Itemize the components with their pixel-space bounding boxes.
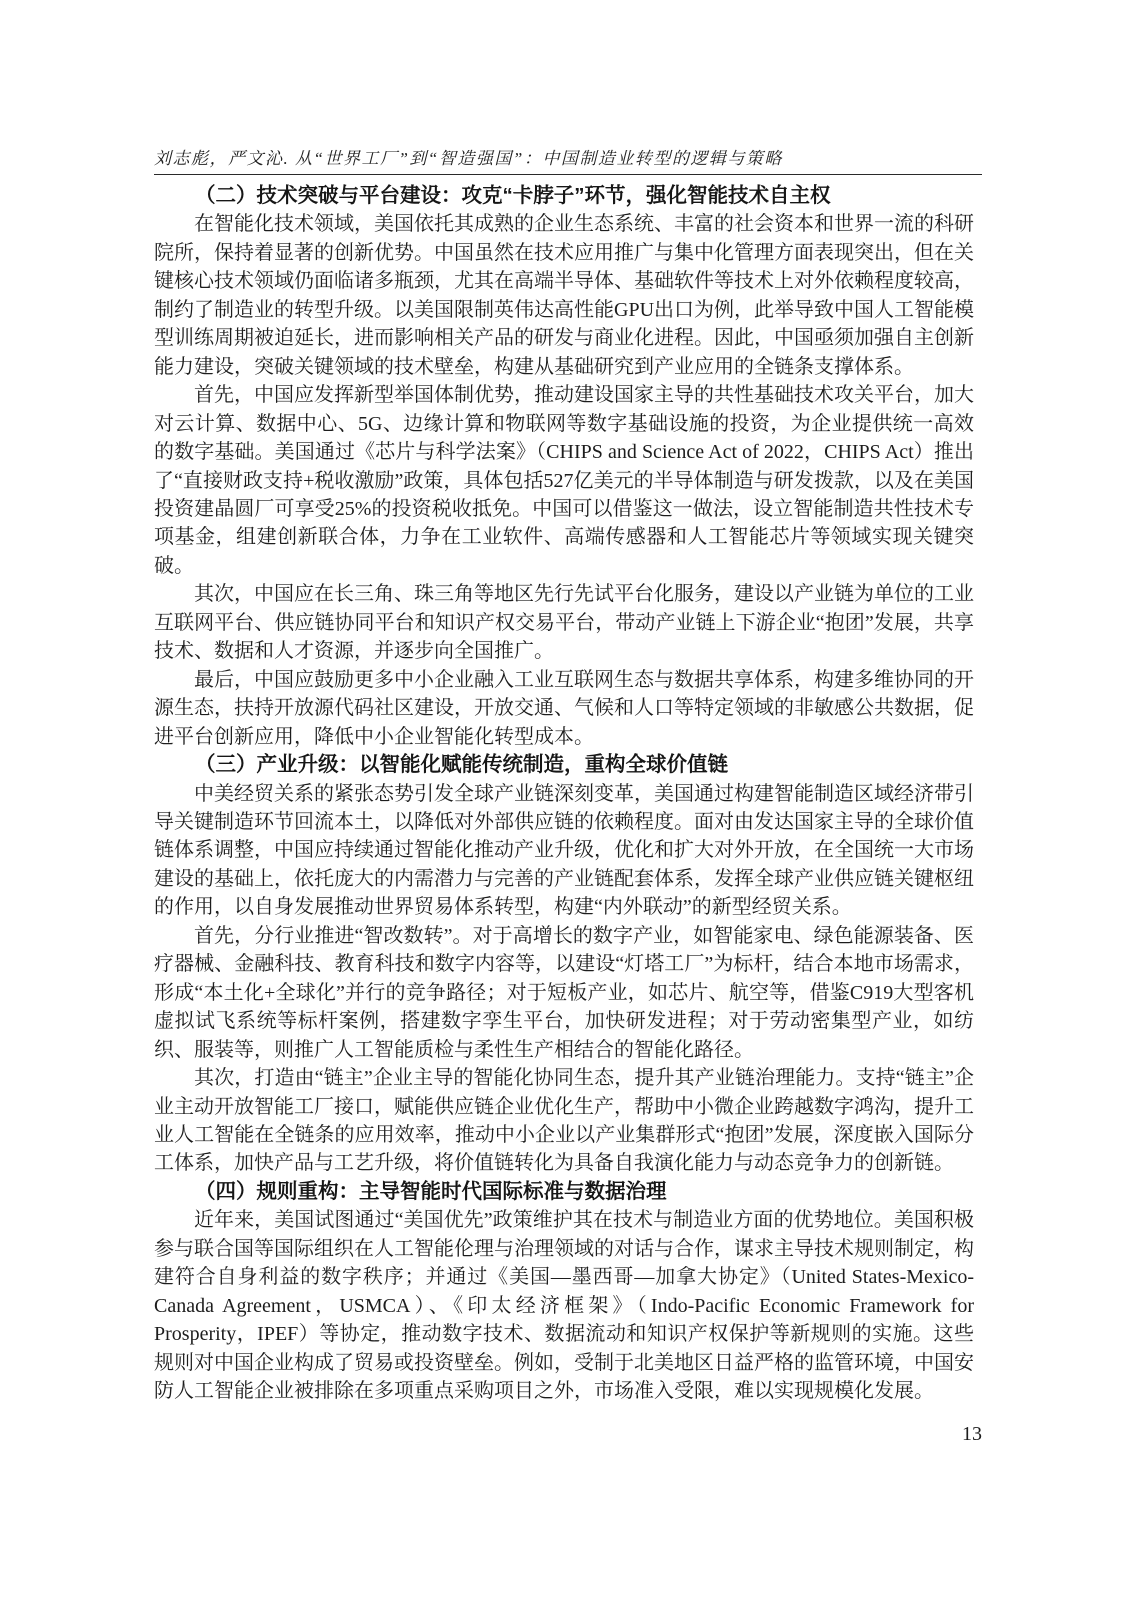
section-technology-breakthrough: （二）技术突破与平台建设：攻克“卡脖子”环节，强化智能技术自主权 在智能化技术领… [154, 182, 974, 751]
paragraph: 首先，分行业推进“智改数转”。对于高增长的数字产业，如智能家电、绿色能源装备、医… [154, 922, 974, 1064]
paragraph: 其次，打造由“链主”企业主导的智能化协同生态，提升其产业链治理能力。支持“链主”… [154, 1064, 974, 1178]
section-rule-restructuring: （四）规则重构：主导智能时代国际标准与数据治理 近年来，美国试图通过“美国优先”… [154, 1178, 974, 1406]
document-page: 刘志彪，严文沁. 从“世界工厂”到“智造强国”：中国制造业转型的逻辑与策略 （二… [0, 0, 1140, 1600]
paragraph: 其次，中国应在长三角、珠三角等地区先行先试平台化服务，建设以产业链为单位的工业互… [154, 580, 974, 665]
section-industry-upgrade: （三）产业升级：以智能化赋能传统制造，重构全球价值链 中美经贸关系的紧张态势引发… [154, 751, 974, 1178]
paragraph: 首先，中国应发挥新型举国体制优势，推动建设国家主导的共性基础技术攻关平台，加大对… [154, 381, 974, 580]
header-divider [154, 174, 982, 175]
section-heading: （三）产业升级：以智能化赋能传统制造，重构全球价值链 [154, 751, 974, 779]
page-number: 13 [154, 1423, 982, 1446]
article-body: （二）技术突破与平台建设：攻克“卡脖子”环节，强化智能技术自主权 在智能化技术领… [154, 182, 974, 1405]
running-head: 刘志彪，严文沁. 从“世界工厂”到“智造强国”：中国制造业转型的逻辑与策略 [154, 144, 982, 169]
paragraph: 近年来，美国试图通过“美国优先”政策维护其在技术与制造业方面的优势地位。美国积极… [154, 1206, 974, 1405]
section-heading: （四）规则重构：主导智能时代国际标准与数据治理 [154, 1178, 974, 1206]
paragraph: 最后，中国应鼓励更多中小企业融入工业互联网生态与数据共享体系，构建多维协同的开源… [154, 666, 974, 751]
paragraph: 在智能化技术领域，美国依托其成熟的企业生态系统、丰富的社会资本和世界一流的科研院… [154, 210, 974, 381]
section-heading: （二）技术突破与平台建设：攻克“卡脖子”环节，强化智能技术自主权 [154, 182, 974, 210]
paragraph: 中美经贸关系的紧张态势引发全球产业链深刻变革，美国通过构建智能制造区域经济带引导… [154, 780, 974, 922]
